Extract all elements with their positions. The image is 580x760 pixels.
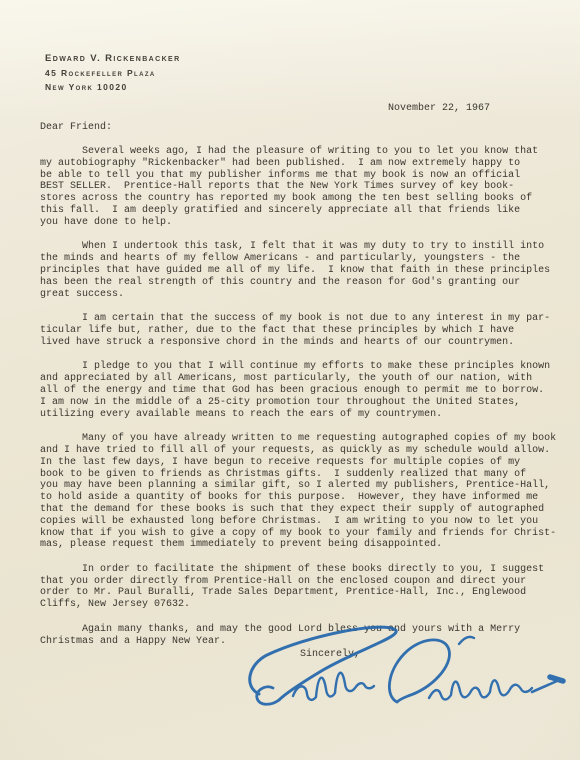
- letterhead-address-line1: 45 Rockefeller Plaza: [45, 66, 181, 80]
- letter-date: November 22, 1967: [388, 103, 490, 115]
- paragraph-3: I am certain that the success of my book…: [40, 313, 570, 348]
- paragraph-5: Many of you have already written to me r…: [40, 433, 570, 551]
- letterhead: Edward V. Rickenbacker 45 Rockefeller Pl…: [45, 51, 181, 94]
- letter-body: Several weeks ago, I had the pleasure of…: [40, 146, 570, 660]
- paragraph-2: When I undertook this task, I felt that …: [40, 241, 570, 300]
- letterhead-name: Edward V. Rickenbacker: [45, 51, 181, 66]
- letterhead-address-line2: New York 10020: [45, 80, 181, 94]
- signature: Eddie Rickenbacker: [235, 614, 570, 718]
- paragraph-4: I pledge to you that I will continue my …: [40, 361, 570, 420]
- paragraph-1: Several weeks ago, I had the pleasure of…: [40, 146, 570, 229]
- signature-ink-strokes: [235, 614, 570, 718]
- salutation: Dear Friend:: [40, 122, 112, 134]
- paragraph-6: In order to facilitate the shipment of t…: [40, 564, 570, 611]
